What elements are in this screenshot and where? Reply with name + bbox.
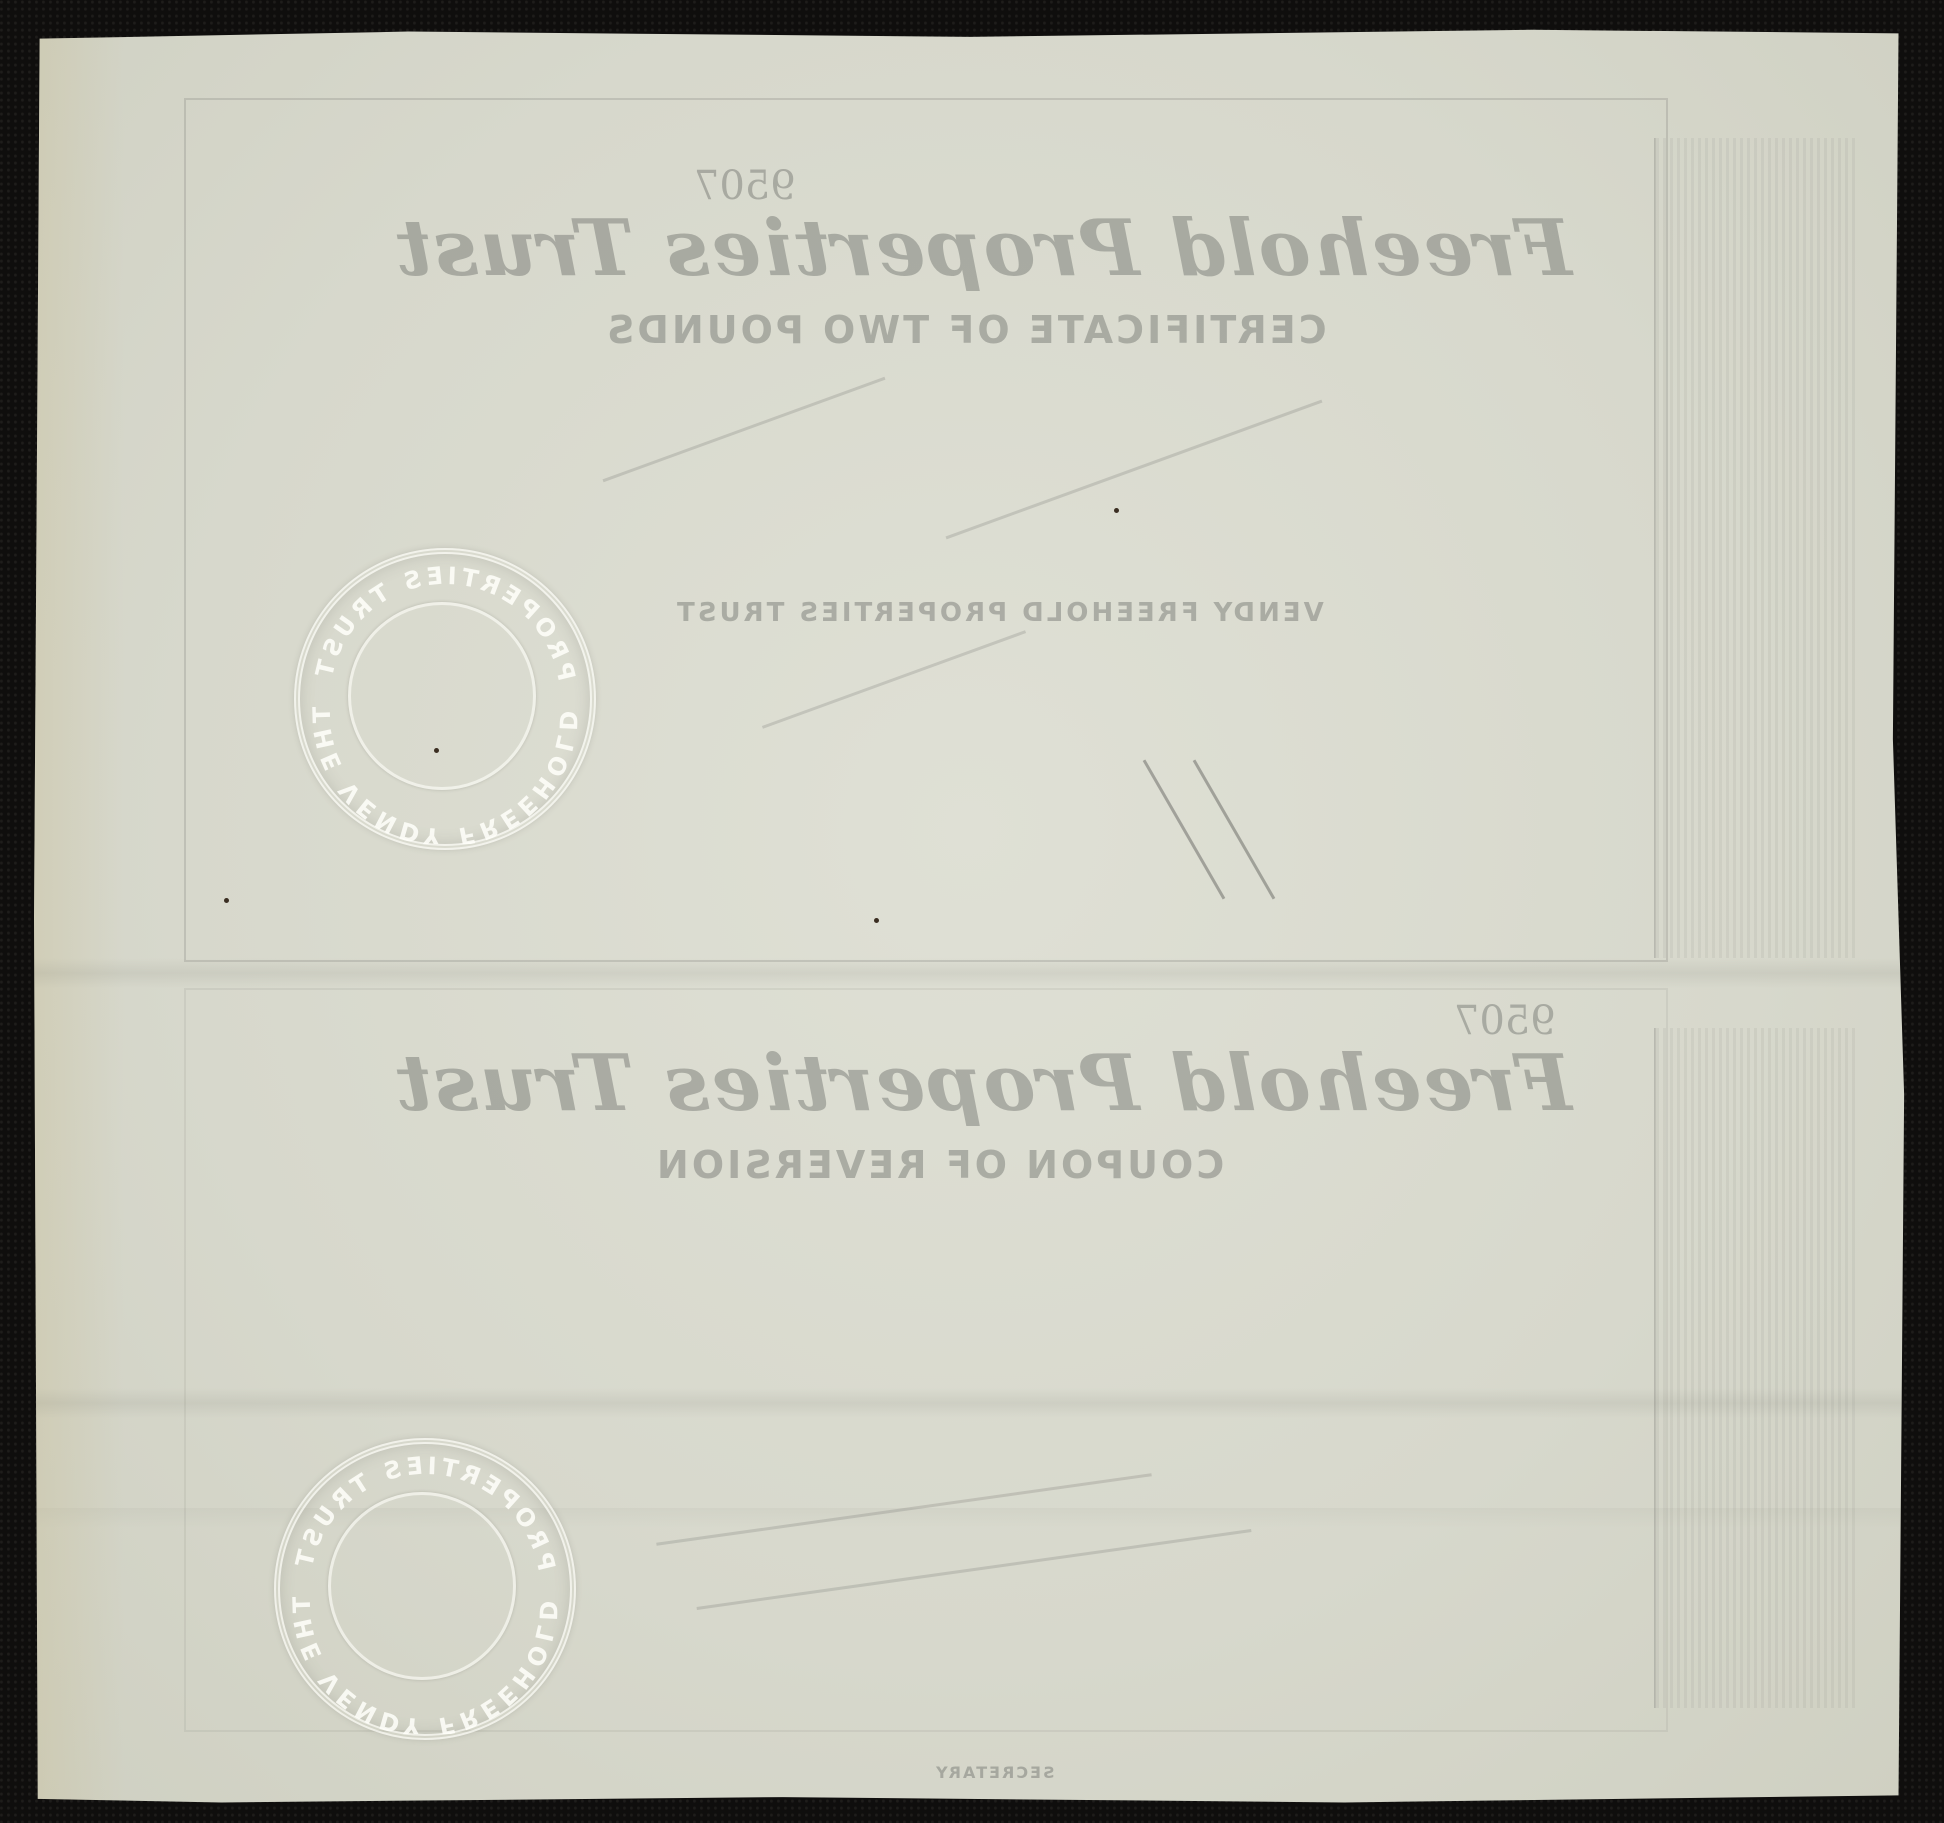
seal-text: PROPERTIES TRUST THE VENDY FREEHOLD	[300, 554, 590, 844]
paper-speck	[434, 748, 439, 753]
seal-text: PROPERTIES TRUST THE VENDY FREEHOLD	[280, 1444, 570, 1734]
paper-speck	[1114, 508, 1119, 513]
certificate-paper: 9507 Freehold Properties Trust CERTIFICA…	[34, 28, 1906, 1806]
upper-subtitle: CERTIFICATE OF TWO POUNDS	[604, 308, 1327, 352]
paper-speck	[224, 898, 229, 903]
fold-line	[34, 958, 1906, 988]
upper-title: Freehold Properties Trust	[394, 203, 1572, 294]
svg-text:PROPERTIES TRUST: PROPERTIES TRUST	[309, 562, 580, 684]
lower-subtitle: COUPON OF REVERSION	[654, 1143, 1224, 1187]
lower-footer: SECRETARY	[934, 1763, 1055, 1782]
upper-side-strip	[1654, 138, 1856, 958]
upper-body-line: VENDY FREEHOLD PROPERTIES TRUST	[674, 598, 1324, 628]
lower-side-strip	[1654, 1028, 1856, 1708]
lower-title: Freehold Properties Trust	[394, 1038, 1572, 1129]
crease-line	[34, 1388, 1906, 1418]
paper-speck	[874, 918, 879, 923]
svg-text:THE VENDY FREEHOLD: THE VENDY FREEHOLD	[308, 706, 583, 844]
svg-text:PROPERTIES TRUST: PROPERTIES TRUST	[289, 1452, 560, 1574]
embossed-seal-upper: PROPERTIES TRUST THE VENDY FREEHOLD	[294, 548, 596, 850]
svg-text:THE VENDY FREEHOLD: THE VENDY FREEHOLD	[288, 1596, 563, 1734]
embossed-seal-lower: PROPERTIES TRUST THE VENDY FREEHOLD	[274, 1438, 576, 1740]
